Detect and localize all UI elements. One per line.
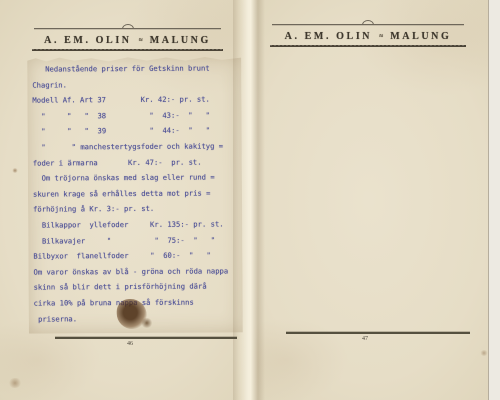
typed-line: Om varor önskas av blå - gröna och röda … (33, 263, 240, 280)
fox-spot (8, 378, 22, 388)
typed-line: Bilbyxor flanellfoder " 60:- " " (33, 247, 240, 264)
typed-line: skinn så blir dett i prisförhöjning därå (34, 279, 241, 296)
photo-edge (488, 0, 500, 400)
header-ornament-rule (272, 24, 464, 25)
typed-line: Chagrin. (32, 76, 239, 93)
typed-line: skuren krage så erhålles detta mot pris … (33, 185, 240, 202)
typed-line: förhöjning å Kr. 3:- pr. st. (33, 201, 240, 218)
typed-line: Bilkappor yllefoder Kr. 135:- pr. st. (33, 216, 240, 233)
place-name: MALUNG (390, 31, 451, 42)
typed-line: cirka 10% på bruna nappa så förskinns (34, 294, 241, 311)
footer-rule (286, 332, 470, 334)
header-rule (32, 49, 223, 51)
page-number: 47 (362, 336, 368, 342)
typed-line: " " " 39 " 44:- " " (33, 123, 240, 140)
header-ornament-icon: ≈ (137, 36, 145, 44)
fox-spot (480, 350, 488, 356)
typed-line: Bilkavajer " " 75:- " " (33, 232, 240, 249)
typed-line: foder i ärmarna Kr. 47:- pr. st. (33, 154, 240, 171)
typed-line: " " manchestertygsfoder och kakityg = (33, 138, 240, 155)
header-ornament-icon: ≈ (377, 32, 385, 40)
typed-line: " " " 38 " 43:- " " (32, 107, 239, 124)
page-header: A. EM. OLIN ≈ MALUNG (30, 28, 225, 51)
footer-rule (55, 337, 237, 339)
fox-spot (12, 168, 18, 173)
brand-name: A. EM. OLIN (44, 35, 132, 46)
catalog-spread: A. EM. OLIN ≈ MALUNG Nedanstående priser… (0, 0, 500, 400)
typed-line: Modell Af. Art 37 Kr. 42:- pr. st. (32, 92, 239, 109)
header-rule (270, 45, 466, 47)
page-right: A. EM. OLIN ≈ MALUNG Sportjacka av tyg, … (250, 0, 488, 400)
typed-line: priserna. (34, 310, 241, 327)
page-header: A. EM. OLIN ≈ MALUNG (268, 24, 468, 47)
masthead-title: A. EM. OLIN ≈ MALUNG (268, 31, 468, 42)
typed-text-left: Nedanstående priser för Getskinn bruntCh… (32, 60, 241, 326)
masthead-title: A. EM. OLIN ≈ MALUNG (30, 35, 225, 46)
typed-line: Nedanstående priser för Getskinn brunt (32, 60, 239, 77)
page-number: 46 (127, 341, 133, 347)
page-left: A. EM. OLIN ≈ MALUNG Nedanstående priser… (0, 0, 250, 400)
brand-name: A. EM. OLIN (285, 31, 373, 42)
ornament-caret-icon (122, 24, 134, 29)
typed-sheet-left: Nedanstående priser för Getskinn bruntCh… (27, 55, 243, 333)
header-ornament-rule (34, 28, 221, 29)
ornament-caret-icon (362, 20, 374, 25)
place-name: MALUNG (150, 35, 211, 46)
typed-line: Om tröjorna önskas med slag eller rund = (33, 170, 240, 187)
